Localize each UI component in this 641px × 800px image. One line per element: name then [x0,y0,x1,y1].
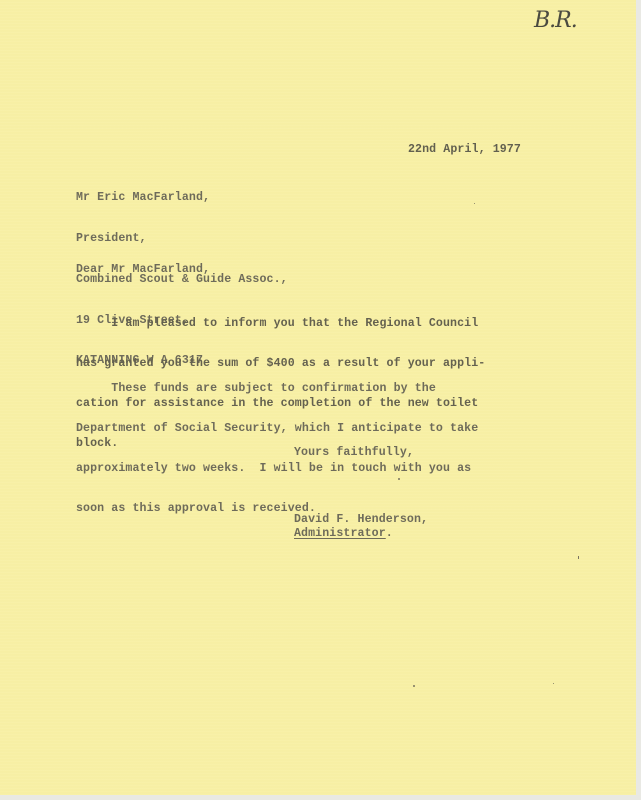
signer-title-suffix: . [386,527,393,540]
signer-title: Administrator. [294,527,393,541]
paper-speck [413,685,415,687]
letter-page: B.R. 22nd April, 1977 Mr Eric MacFarland… [0,0,636,795]
address-line: President, [76,232,288,246]
paper-speck [474,203,475,204]
paper-speck [553,683,554,684]
paragraph-line: These funds are subject to confirmation … [76,382,478,395]
letter-date: 22nd April, 1977 [408,143,521,157]
paper-speck [578,556,579,559]
handwritten-initials: B.R. [534,8,577,33]
address-line: Mr Eric MacFarland, [76,191,288,205]
paragraph-line: approximately two weeks. I will be in to… [76,462,478,475]
paragraph-line: I am pleased to inform you that the Regi… [76,317,485,330]
paper-speck [398,478,400,480]
signer-title-text: Administrator [294,527,386,540]
salutation: Dear Mr MacFarland, [76,263,210,277]
closing: Yours faithfully, [294,446,414,460]
signer-name: David F. Henderson, [294,513,428,527]
paragraph-line: Department of Social Security, which I a… [76,422,478,435]
